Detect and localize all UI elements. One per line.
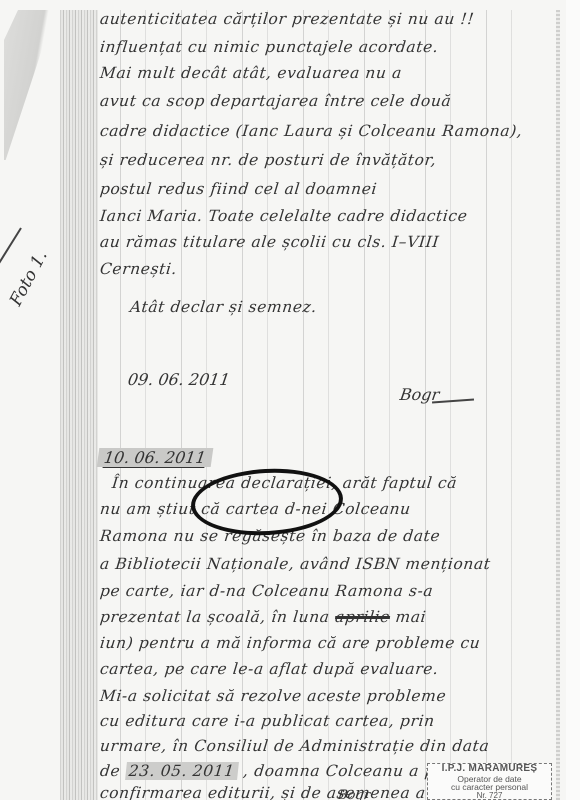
fold-shadow (0, 10, 55, 160)
text-line: urmare, în Consiliul de Administrație di… (99, 737, 490, 755)
text-line-with-correction: prezentat la școală, în luna aprilie mai (99, 608, 427, 626)
text-line: și reducerea nr. de posturi de învățător… (99, 151, 437, 169)
text-line: influențat cu nimic punctajele acordate. (99, 38, 439, 56)
date-first: 09. 06. 2011 (127, 370, 231, 389)
text-line: cartea, pe care le-a aflat după evaluare… (99, 660, 440, 678)
text-line: postul redus fiind cel al doamnei (99, 180, 378, 198)
margin-note-foto: Foto 1. (6, 247, 52, 309)
text-line: Ianci Maria. Toate celelalte cadre didac… (99, 207, 468, 225)
text-line: Mi-a solicitat să rezolve aceste problem… (99, 687, 447, 705)
date-second-highlighted: 10. 06. 2011 (97, 448, 213, 467)
date-third-highlighted: 23. 05. 2011 (125, 762, 239, 780)
text-line: Mai mult decât atât, evaluarea nu a (99, 64, 403, 82)
official-stamp: I.P.J. MARAMUREȘ Operator de date cu car… (427, 763, 552, 800)
scanned-document-page: Foto 1. autenticitatea cărților prezenta… (0, 0, 580, 800)
page-right-edge (556, 10, 560, 800)
text-line: cadre didactice (Ianc Laura și Colceanu … (99, 122, 523, 140)
struck-word: aprilie (334, 608, 391, 626)
signature-second: Bogr (337, 788, 371, 800)
text-line: a Bibliotecii Naționale, având ISBN menț… (99, 555, 492, 573)
closing-statement: Atât declar și semnez. (129, 298, 318, 316)
outer-margin (566, 0, 580, 800)
text-line: autenticitatea cărților prezentate și nu… (99, 10, 475, 28)
photocopy-spine-streak (60, 10, 98, 800)
text-line: cu editura care i-a publicat cartea, pri… (99, 712, 436, 730)
text-line: Cernești. (99, 260, 178, 278)
text-line: au rămas titulare ale școlii cu cls. I–V… (99, 233, 440, 251)
text-line: pe carte, iar d-na Colceanu Ramona s-a (99, 582, 434, 600)
inserted-word: mai (395, 608, 428, 626)
text-line: iun) pentru a mă informa că are probleme… (99, 634, 481, 652)
text-line: confirmarea editurii, și de asemenea a (99, 784, 427, 800)
text-line: avut ca scop departajarea între cele dou… (99, 92, 452, 110)
